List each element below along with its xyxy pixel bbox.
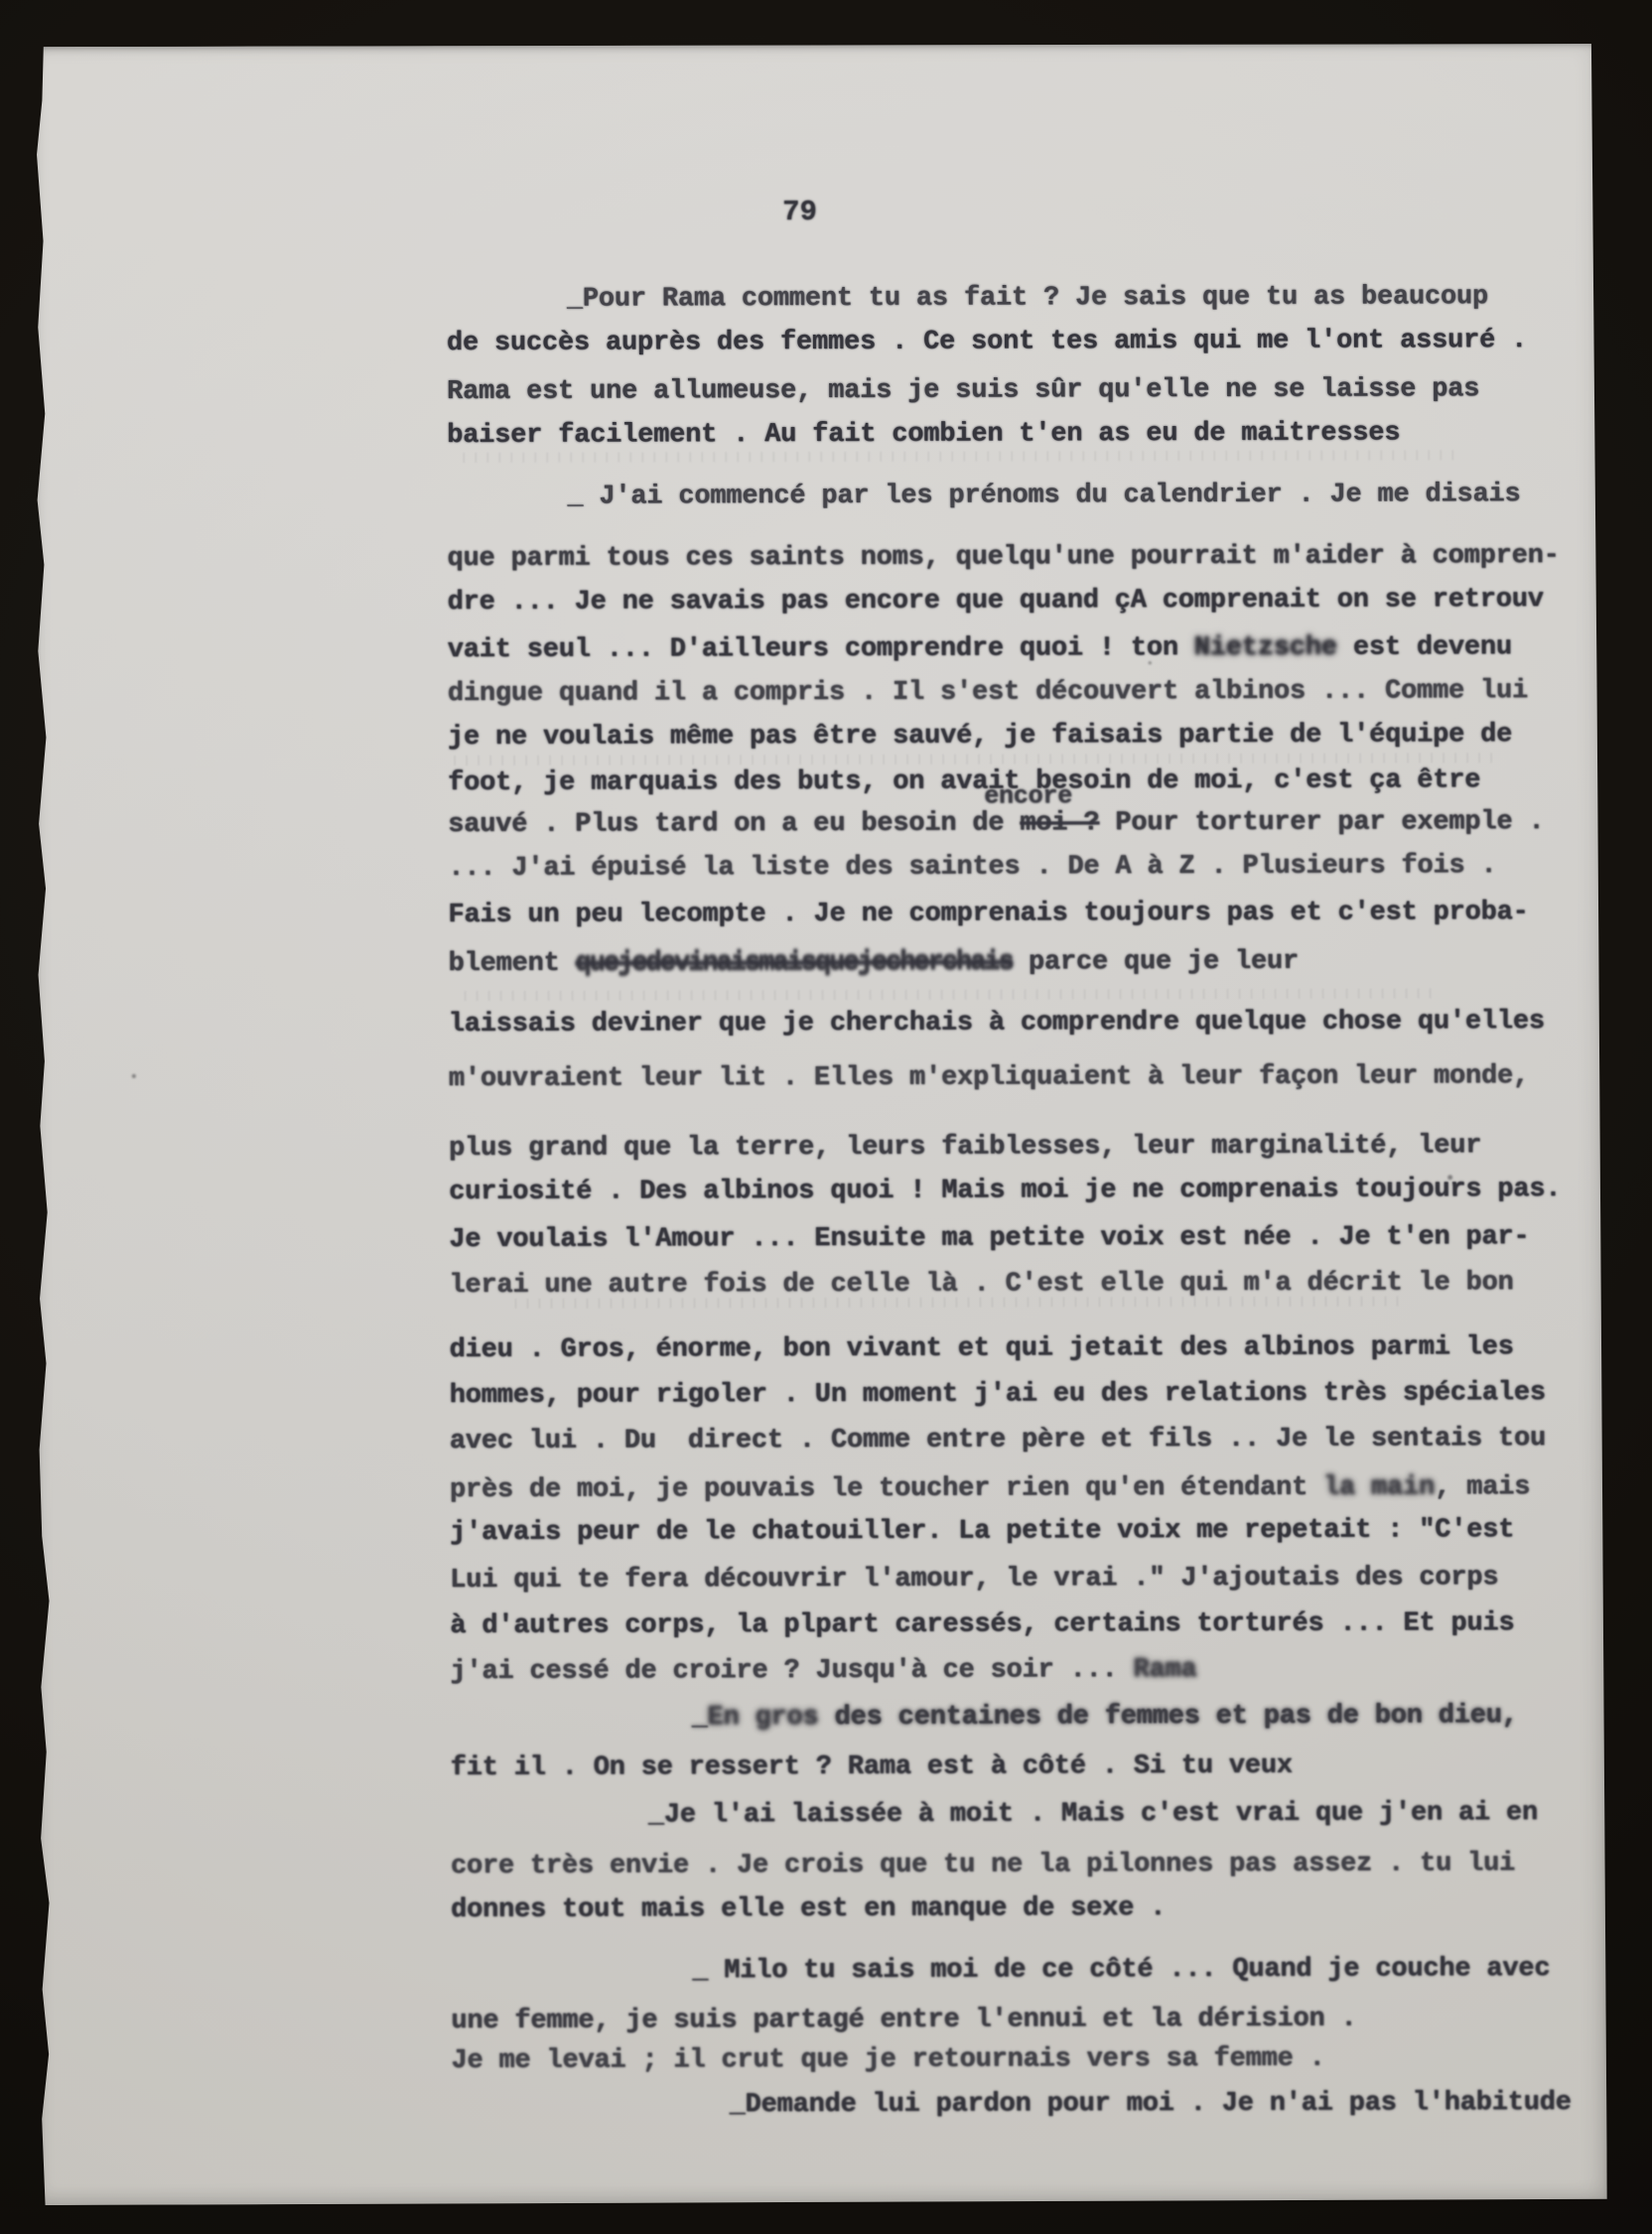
typed-line: _Demande lui pardon pour moi . Je n'ai p… <box>730 2086 1572 2122</box>
typed-line: Lui qui te fera découvrir l'amour, le vr… <box>450 1561 1498 1598</box>
typed-line: core très envie . Je crois que tu ne la … <box>451 1847 1515 1884</box>
typed-line: j'avais peur de le chatouiller. La petit… <box>450 1513 1514 1550</box>
typed-line: à d'autres corps, la plpart caressés, ce… <box>450 1606 1514 1643</box>
typed-line: curiosité . Des albinos quoi ! Mais moi … <box>449 1173 1561 1209</box>
typed-line: donnes tout mais elle est en manque de s… <box>451 1891 1166 1927</box>
inserted-word-above-line: encore <box>984 779 1072 813</box>
typed-line: dre ... Je ne savais pas encore que quan… <box>448 583 1544 620</box>
typed-line: baiser facilement . Au fait combien t'en… <box>447 416 1400 453</box>
typed-line: foot, je marquais des buts, on avait bes… <box>448 764 1480 800</box>
typed-line: Je voulais l'Amour ... Ensuite ma petite… <box>449 1220 1529 1257</box>
typed-line: _ Milo tu sais moi de ce côté ... Quand … <box>692 1952 1550 1988</box>
paper-speck <box>1149 661 1152 664</box>
paper-speck <box>1447 1175 1452 1180</box>
smudged-text: En gros <box>708 1703 819 1733</box>
smudged-text: Rama <box>1134 1655 1197 1685</box>
typewritten-page: 79 _Pour Rama comment tu as fait ? Je sa… <box>35 43 1607 2205</box>
typed-line: _Je l'ai laissée à moit . Mais c'est vra… <box>648 1796 1538 1832</box>
typed-line: Rama est une allumeuse, mais je suis sûr… <box>447 372 1479 409</box>
typed-line: j'ai cessé de croire ? Jusqu'à ce soir .… <box>450 1653 1196 1689</box>
paper-speck <box>132 1074 136 1078</box>
typed-line: avec lui . Du direct . Comme entre père … <box>450 1422 1546 1459</box>
typed-line: ... J'ai épuisé la liste des saintes . D… <box>448 849 1496 886</box>
typed-line: hommes, pour rigoler . Un moment j'ai eu… <box>450 1376 1546 1413</box>
typed-line: _ J'ai commencé par les prénoms du calen… <box>567 478 1520 514</box>
typed-line: fit il . On se ressert ? Rama est à côté… <box>451 1749 1293 1785</box>
typed-text-block: _Pour Rama comment tu as fait ? Je sais … <box>35 43 1607 2205</box>
typed-line: m'ouvraient leur lit . Elles m'expliquai… <box>449 1059 1529 1096</box>
typed-line: blement quejedevinaismaisquejecherchais … <box>449 945 1299 981</box>
typed-line: de succès auprès des femmes . Ce sont te… <box>447 324 1527 360</box>
typed-line: laissais deviner que je cherchais à comp… <box>449 1005 1545 1042</box>
typed-line: _Pour Rama comment tu as fait ? Je sais … <box>567 280 1488 316</box>
typed-line: dingue quand il a compris . Il s'est déc… <box>448 674 1528 711</box>
typed-line: sauvé . Plus tard on a eu besoin de moi … <box>448 805 1544 842</box>
typed-line: que parmi tous ces saints noms, quelqu'u… <box>447 539 1559 576</box>
photo-backdrop: 79 _Pour Rama comment tu as fait ? Je sa… <box>0 0 1652 2234</box>
typed-line: une femme, je suis partagé entre l'ennui… <box>451 2003 1356 2038</box>
typed-line: _En gros des centaines de femmes et pas … <box>692 1699 1518 1735</box>
smudged-text: Nietzsche <box>1194 633 1337 663</box>
smudged-text: la main <box>1323 1472 1435 1502</box>
typed-line: plus grand que la terre, leurs faiblesse… <box>449 1129 1481 1166</box>
typed-line: je ne voulais même pas être sauvé, je fa… <box>448 718 1512 755</box>
overstruck-text: quejedevinaismaisquejecherchais <box>576 947 1013 978</box>
typed-line: vait seul ... D'ailleurs comprendre quoi… <box>448 630 1512 667</box>
typed-line: Fais un peu lecompte . Je ne comprenais … <box>448 896 1528 932</box>
typed-line: Je me levai ; il crut que je retournais … <box>451 2042 1324 2078</box>
typed-line: près de moi, je pouvais le toucher rien … <box>450 1470 1530 1507</box>
typed-line: dieu . Gros, énorme, bon vivant et qui j… <box>450 1330 1514 1367</box>
